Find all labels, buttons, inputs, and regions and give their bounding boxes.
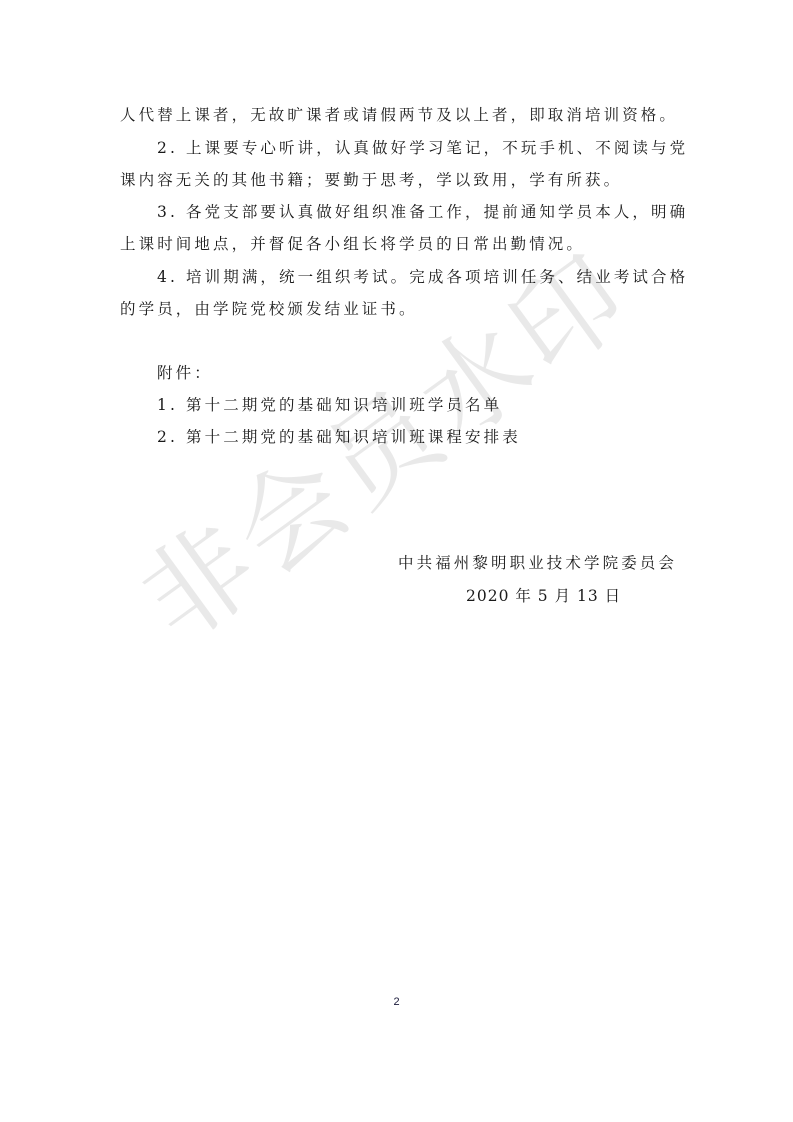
paragraph-line: 2. 上课要专心听讲，认真做好学习笔记，不玩手机、不阅读与党 <box>157 138 717 158</box>
paragraph-line: 的学员，由学院党校颁发结业证书。 <box>120 299 680 319</box>
attachment-item: 1. 第十二期党的基础知识培训班学员名单 <box>157 395 717 415</box>
paragraph-line: 人代替上课者，无故旷课者或请假两节及以上者，即取消培训资格。 <box>120 105 680 125</box>
paragraph-line: 3. 各党支部要认真做好组织准备工作，提前通知学员本人，明确 <box>157 202 717 222</box>
signature-organization: 中共福州黎明职业技术学院委员会 <box>398 553 677 573</box>
document-page: 非会员水印 人代替上课者，无故旷课者或请假两节及以上者，即取消培训资格。 2. … <box>0 0 793 1122</box>
paragraph-line: 课内容无关的其他书籍；要勤于思考，学以致用，学有所获。 <box>120 170 680 190</box>
page-content: 人代替上课者，无故旷课者或请假两节及以上者，即取消培训资格。 2. 上课要专心听… <box>0 0 793 1122</box>
page-number: 2 <box>0 996 793 1008</box>
paragraph-line: 4. 培训期满，统一组织考试。完成各项培训任务、结业考试合格 <box>157 267 717 287</box>
attachments-heading: 附件： <box>157 363 717 383</box>
attachment-item: 2. 第十二期党的基础知识培训班课程安排表 <box>157 427 717 447</box>
signature-date: 2020 年 5 月 13 日 <box>466 586 621 606</box>
paragraph-line: 上课时间地点，并督促各小组长将学员的日常出勤情况。 <box>120 234 680 254</box>
